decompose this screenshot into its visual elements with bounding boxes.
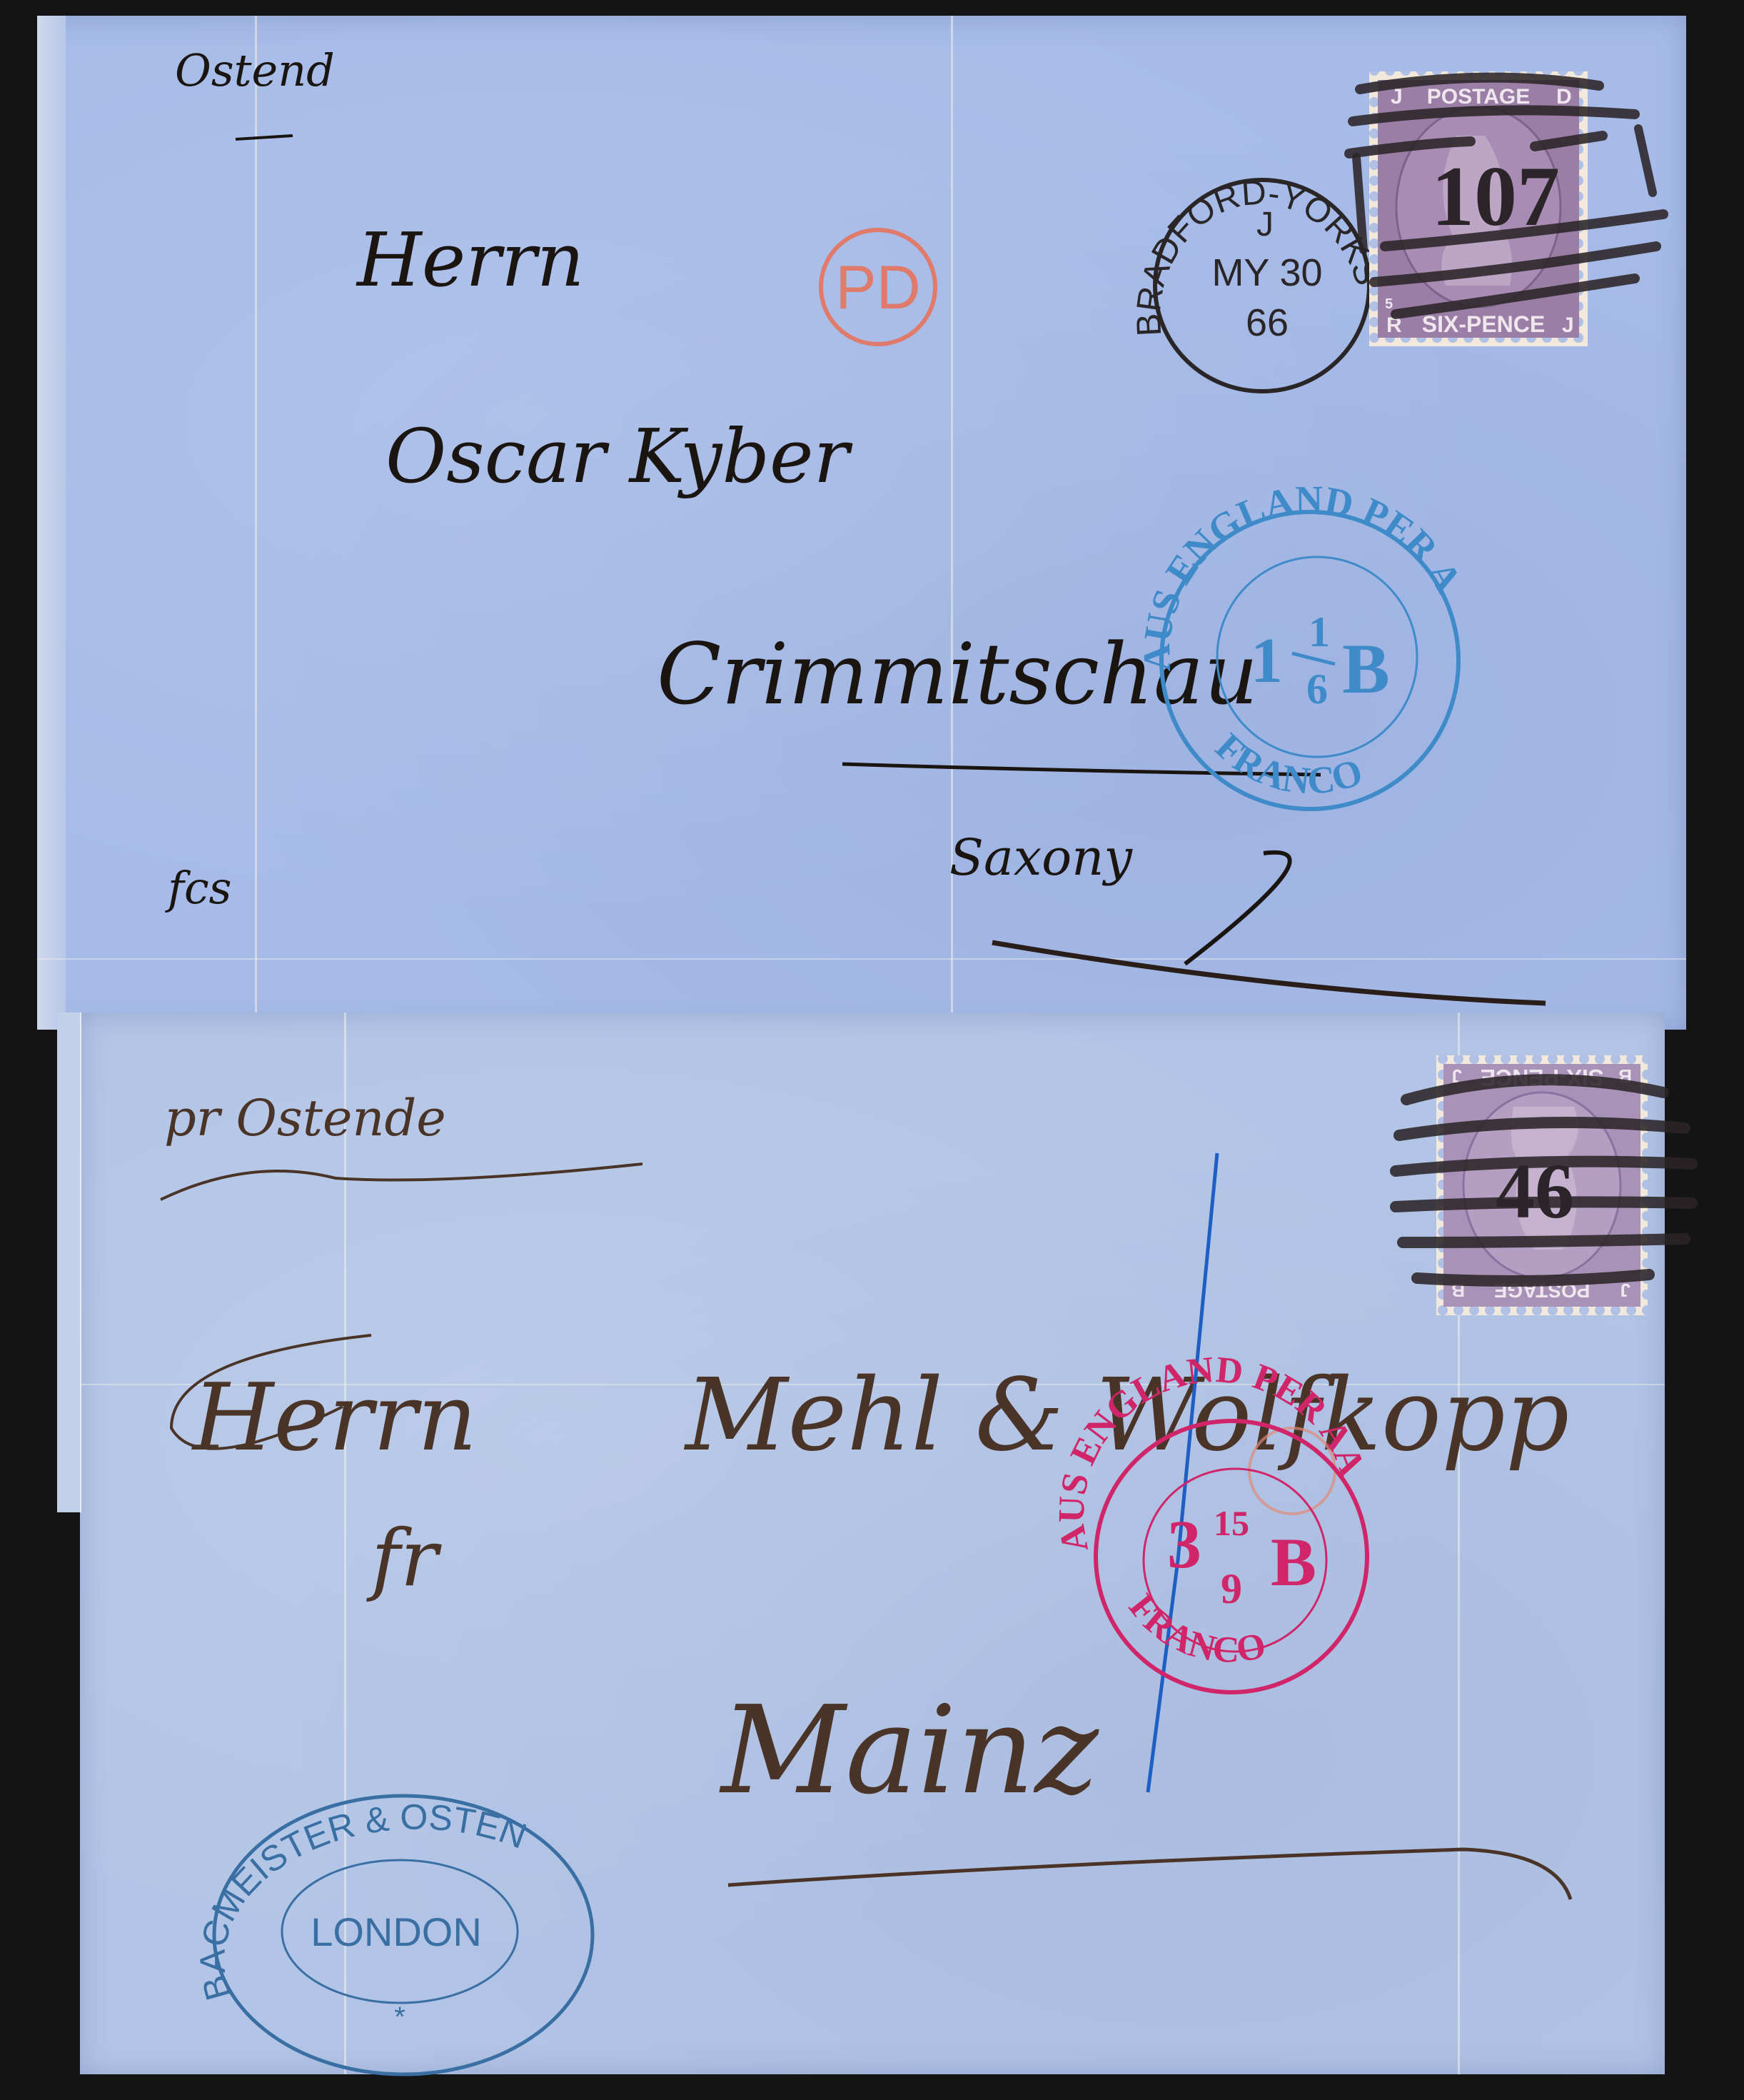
svg-text:SIX-PENCE: SIX-PENCE — [1422, 311, 1545, 337]
svg-text:1: 1 — [1251, 626, 1283, 696]
svg-text:1: 1 — [1309, 608, 1330, 655]
svg-text:POSTAGE: POSTAGE — [1427, 85, 1530, 109]
destination-city: Mainz — [719, 1680, 1099, 1822]
bradford-datestamp: BRADFORD-YORKS J MY 30 66 — [1130, 174, 1386, 391]
closing-stroke — [992, 943, 1546, 1003]
docket-note: fr — [366, 1512, 443, 1604]
svg-text:5: 5 — [1385, 296, 1393, 312]
docket-note: fcs — [165, 862, 232, 914]
svg-text:6: 6 — [1306, 665, 1328, 713]
route-note: Ostend — [175, 44, 335, 96]
svg-text:3: 3 — [1167, 1506, 1201, 1582]
svg-text:PD: PD — [835, 253, 920, 322]
svg-text:9: 9 — [1221, 1565, 1242, 1612]
svg-text:MY 30: MY 30 — [1211, 251, 1322, 294]
city-underline — [728, 1849, 1571, 1899]
svg-text:LONDON: LONDON — [311, 1909, 482, 1954]
svg-text:66: 66 — [1246, 301, 1289, 344]
salutation: Herrn — [356, 216, 585, 303]
route-note-underline — [236, 136, 293, 139]
sender-cachet-oval: BACMEISTER & OSTEN LONDON * — [193, 1796, 593, 2074]
svg-text:J: J — [1620, 1280, 1630, 1301]
addressee-name: Oscar Kyber — [385, 413, 853, 500]
svg-text:15: 15 — [1214, 1503, 1249, 1543]
svg-text:J: J — [1562, 313, 1574, 337]
salutation: Herrn — [191, 1363, 477, 1472]
svg-text:46: 46 — [1496, 1147, 1574, 1235]
svg-text:J: J — [1256, 206, 1274, 243]
svg-text:FRANCO: FRANCO — [1207, 725, 1367, 803]
svg-text:D: D — [1556, 85, 1572, 109]
route-note: pr Ostende — [164, 1089, 446, 1147]
route-note-flourish — [161, 1164, 642, 1200]
svg-text:BACMEISTER & OSTEN: BACMEISTER & OSTEN — [193, 1797, 532, 2004]
pd-handstamp: PD — [821, 230, 935, 344]
region-flourish — [1185, 853, 1290, 964]
svg-text:*: * — [394, 2001, 405, 2033]
destination-region: Saxony — [949, 828, 1133, 887]
svg-text:107: 107 — [1431, 149, 1560, 243]
svg-text:B: B — [1342, 629, 1390, 708]
cover-markings: Ostend Herrn Oscar Kyber Crimmitschau Sa… — [0, 0, 1744, 2100]
svg-text:B: B — [1271, 1524, 1316, 1600]
